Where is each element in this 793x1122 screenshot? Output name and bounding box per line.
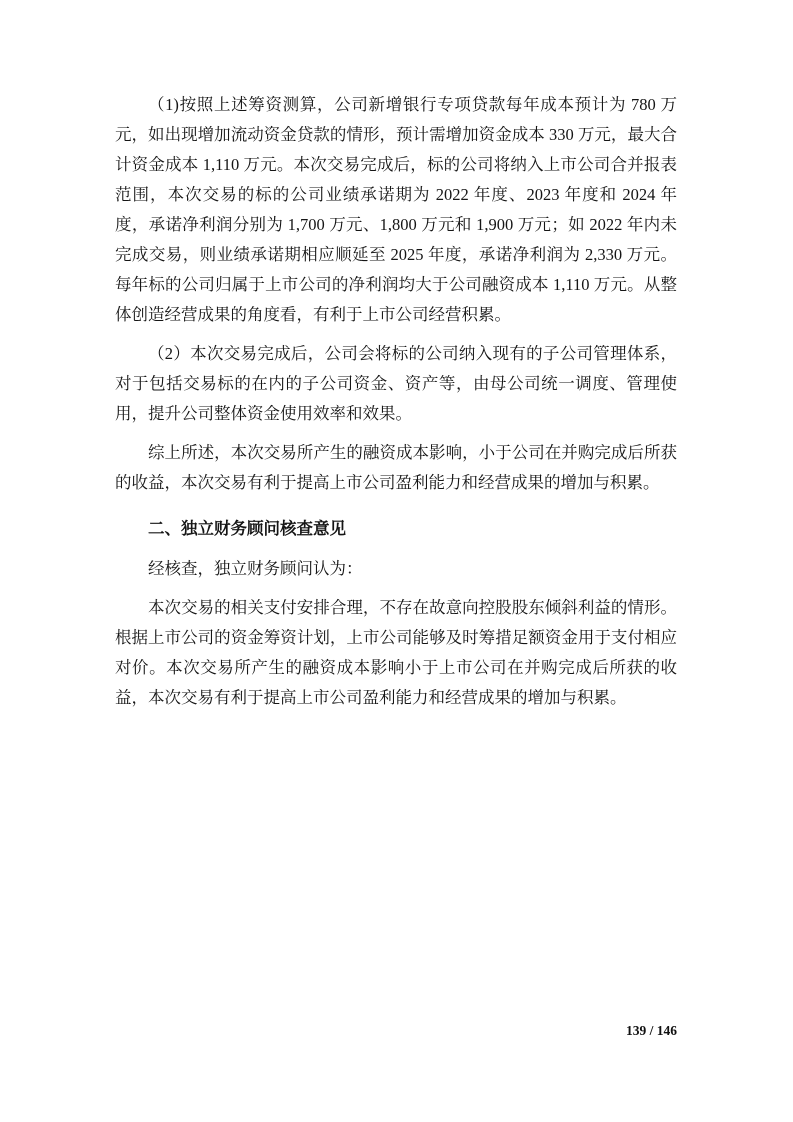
- paragraph-subsidiary-management-item2: （2）本次交易完成后，公司会将标的公司纳入现有的子公司管理体系，对于包括交易标的…: [115, 339, 677, 429]
- document-body: （1)按照上述筹资测算，公司新增银行专项贷款每年成本预计为 780 万元，如出现…: [115, 90, 677, 722]
- paragraph-financing-cost-item1: （1)按照上述筹资测算，公司新增银行专项贷款每年成本预计为 780 万元，如出现…: [115, 90, 677, 330]
- page-number: 139 / 146: [626, 1023, 677, 1038]
- paragraph-advisor-intro: 经核查，独立财务顾问认为：: [115, 554, 677, 584]
- paragraph-summary: 综上所述，本次交易所产生的融资成本影响，小于公司在并购完成后所获的收益，本次交易…: [115, 438, 677, 498]
- document-page: （1)按照上述筹资测算，公司新增银行专项贷款每年成本预计为 780 万元，如出现…: [0, 0, 793, 1122]
- section-heading-independent-advisor-opinion: 二、独立财务顾问核查意见: [115, 514, 677, 544]
- page-footer: 139 / 146: [115, 1021, 677, 1041]
- paragraph-advisor-opinion: 本次交易的相关支付安排合理，不存在故意向控股股东倾斜利益的情形。根据上市公司的资…: [115, 593, 677, 713]
